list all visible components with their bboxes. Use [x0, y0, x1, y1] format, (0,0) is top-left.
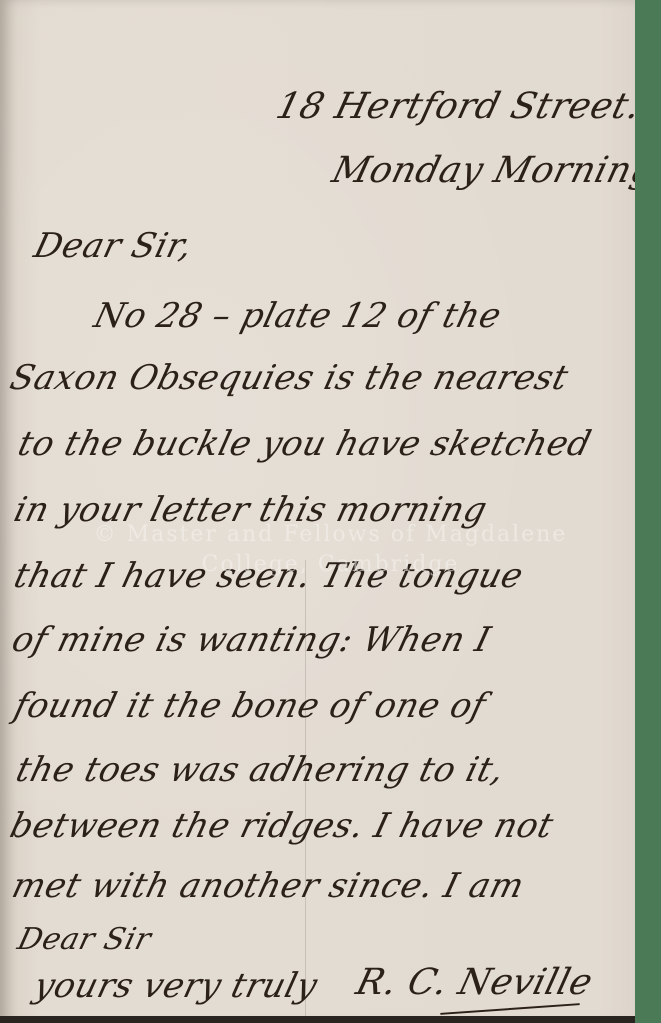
body-line-2: Saxon Obsequies is the nearest — [6, 358, 572, 398]
signature-underline — [440, 1003, 580, 1015]
body-line-6: of mine is wanting: When I — [8, 620, 495, 660]
watermark-line-2: College, Cambridge — [0, 552, 661, 577]
body-line-10: met with another since. I am — [8, 866, 528, 906]
body-line-9: between the ridges. I have not — [6, 806, 557, 846]
salutation: Dear Sir, — [30, 226, 197, 266]
letter-page: 18 Hertford Street. Monday Morning Dear … — [0, 0, 635, 1023]
body-line-1: No 28 – plate 12 of the — [90, 296, 506, 336]
body-line-7: found it the bone of one of — [10, 686, 490, 726]
date-line: Monday Morning — [328, 150, 660, 191]
page-bottom-edge — [0, 1016, 635, 1023]
background-strip — [635, 0, 661, 1023]
signature: R. C. Neville — [352, 962, 597, 1003]
address-line: 18 Hertford Street. — [272, 86, 645, 127]
valediction: yours very truly — [30, 966, 322, 1006]
closing-salutation: Dear Sir — [14, 922, 155, 957]
body-line-8: the toes was adhering to it, — [12, 750, 509, 790]
watermark-line-1: © Master and Fellows of Magdalene — [0, 522, 661, 547]
body-line-3: to the buckle you have sketched — [14, 424, 595, 464]
